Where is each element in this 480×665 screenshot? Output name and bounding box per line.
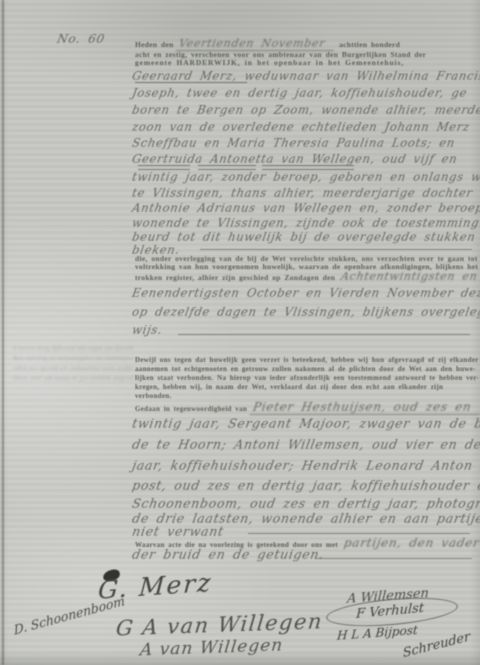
header-line-3: gemeente HARDERWIJK, in het openbaar in … bbox=[135, 58, 404, 67]
header-line-1: Heden den Veertienden November achttien … bbox=[135, 37, 400, 51]
handwritten-line: de te Hoorn; Antoni Willemsen, oud vier … bbox=[131, 437, 480, 452]
header-date-fill: Veertienden November bbox=[176, 37, 337, 51]
marriage-record-scan: No. 60 Heden den Veertienden November ac… bbox=[0, 0, 480, 665]
handwritten-line: Eenendertigsten October en Vierden Novem… bbox=[131, 286, 480, 300]
closing-fill: partijen, den vader bbox=[340, 536, 480, 550]
handwritten-line: Geeraard Merz, weduwnaar van Wilhelmina … bbox=[131, 69, 480, 83]
witnesses-intro-line: Gedaan in tegenwoordigheid van Pieter He… bbox=[135, 400, 480, 415]
printed-line: lijken staat verbonden. Na hierop van ie… bbox=[135, 374, 479, 382]
handwritten-line: wijs. bbox=[131, 323, 164, 337]
printed-line: Dewijl ons tegen dat huwelijk geen verze… bbox=[135, 356, 479, 364]
witness-name-fill: Pieter Hesthuijsen, oud zes en bbox=[249, 400, 480, 415]
printed-line: verbonden. bbox=[135, 392, 172, 400]
handwritten-line: jaar, koffiehuishouder; Hendrik Leonard … bbox=[131, 458, 480, 473]
header-prefix: Heden den bbox=[135, 40, 174, 49]
handwritten-line: twintig jaar, Sergeant Majoor, zwager va… bbox=[131, 416, 480, 431]
handwritten-line: zoon van de overledene echtelieden Johan… bbox=[131, 120, 471, 134]
ruled-line bbox=[248, 533, 470, 534]
handwritten-line: wonende te Vlissingen, zijnde ook de toe… bbox=[131, 216, 480, 230]
handwritten-line: boren te Bergen op Zoom, wonende alhier,… bbox=[131, 103, 480, 117]
printed-line: aannemen tot echtgenooten en getrouw zul… bbox=[135, 365, 476, 373]
underline bbox=[135, 82, 247, 83]
handwritten-line: Geertruida Antonetta van Wellegen, oud v… bbox=[131, 152, 459, 166]
handwritten-line: Schoonenboom, oud zes en dertig jaar, ph… bbox=[131, 496, 480, 511]
signature-bijpost: H L A Bijpost bbox=[337, 623, 419, 643]
signature-g-van-willegen: G A van Willegen bbox=[115, 609, 324, 640]
handwritten-line: der bruid en de getuigen. bbox=[131, 547, 325, 562]
handwritten-line: post, oud zes en dertig jaar, koffiehuis… bbox=[131, 478, 480, 493]
handwritten-line: Scheffbau en Maria Theresia Paulina Loot… bbox=[131, 136, 456, 150]
handwritten-line: beurd tot dit huwelijk bij de overgelegd… bbox=[131, 230, 480, 244]
ruled-line bbox=[316, 558, 472, 559]
handwritten-line: te Vlissingen, thans alhier, meerderjari… bbox=[131, 186, 480, 200]
printed-line-text: trokken register, alhier zijn geschied o… bbox=[135, 273, 335, 282]
signature-a-van-willegen: A van Willegen bbox=[139, 635, 284, 660]
scan-left-edge bbox=[2, 0, 4, 665]
handwritten-line: Joseph, twee en dertig jaar, koffiehuish… bbox=[131, 86, 468, 100]
ruled-line bbox=[200, 249, 472, 250]
printed-line: kregen, hebben wij, in naam der Wet, ver… bbox=[135, 383, 443, 391]
ruled-line bbox=[178, 334, 470, 335]
banns-date-fill: Achtentwintigsten en bbox=[338, 270, 480, 283]
consent-prefix: Gedaan in tegenwoordigheid van bbox=[135, 405, 247, 413]
header-suffix: achttien honderd bbox=[339, 40, 400, 49]
record-number: No. 60 bbox=[56, 32, 106, 46]
bleed-through-text: Dewijl ons tegen dat huwelijk geen verze… bbox=[13, 345, 133, 400]
handwritten-line: Anthonie Adrianus van Wellegen en, zonde… bbox=[131, 201, 480, 215]
printed-line: trokken register, alhier zijn geschied o… bbox=[135, 270, 480, 283]
handwritten-line: op dezelfde dagen te Vlissingen, blijken… bbox=[131, 305, 480, 319]
handwritten-line: twintig jaar, zonder beroep, geboren en … bbox=[131, 170, 480, 184]
